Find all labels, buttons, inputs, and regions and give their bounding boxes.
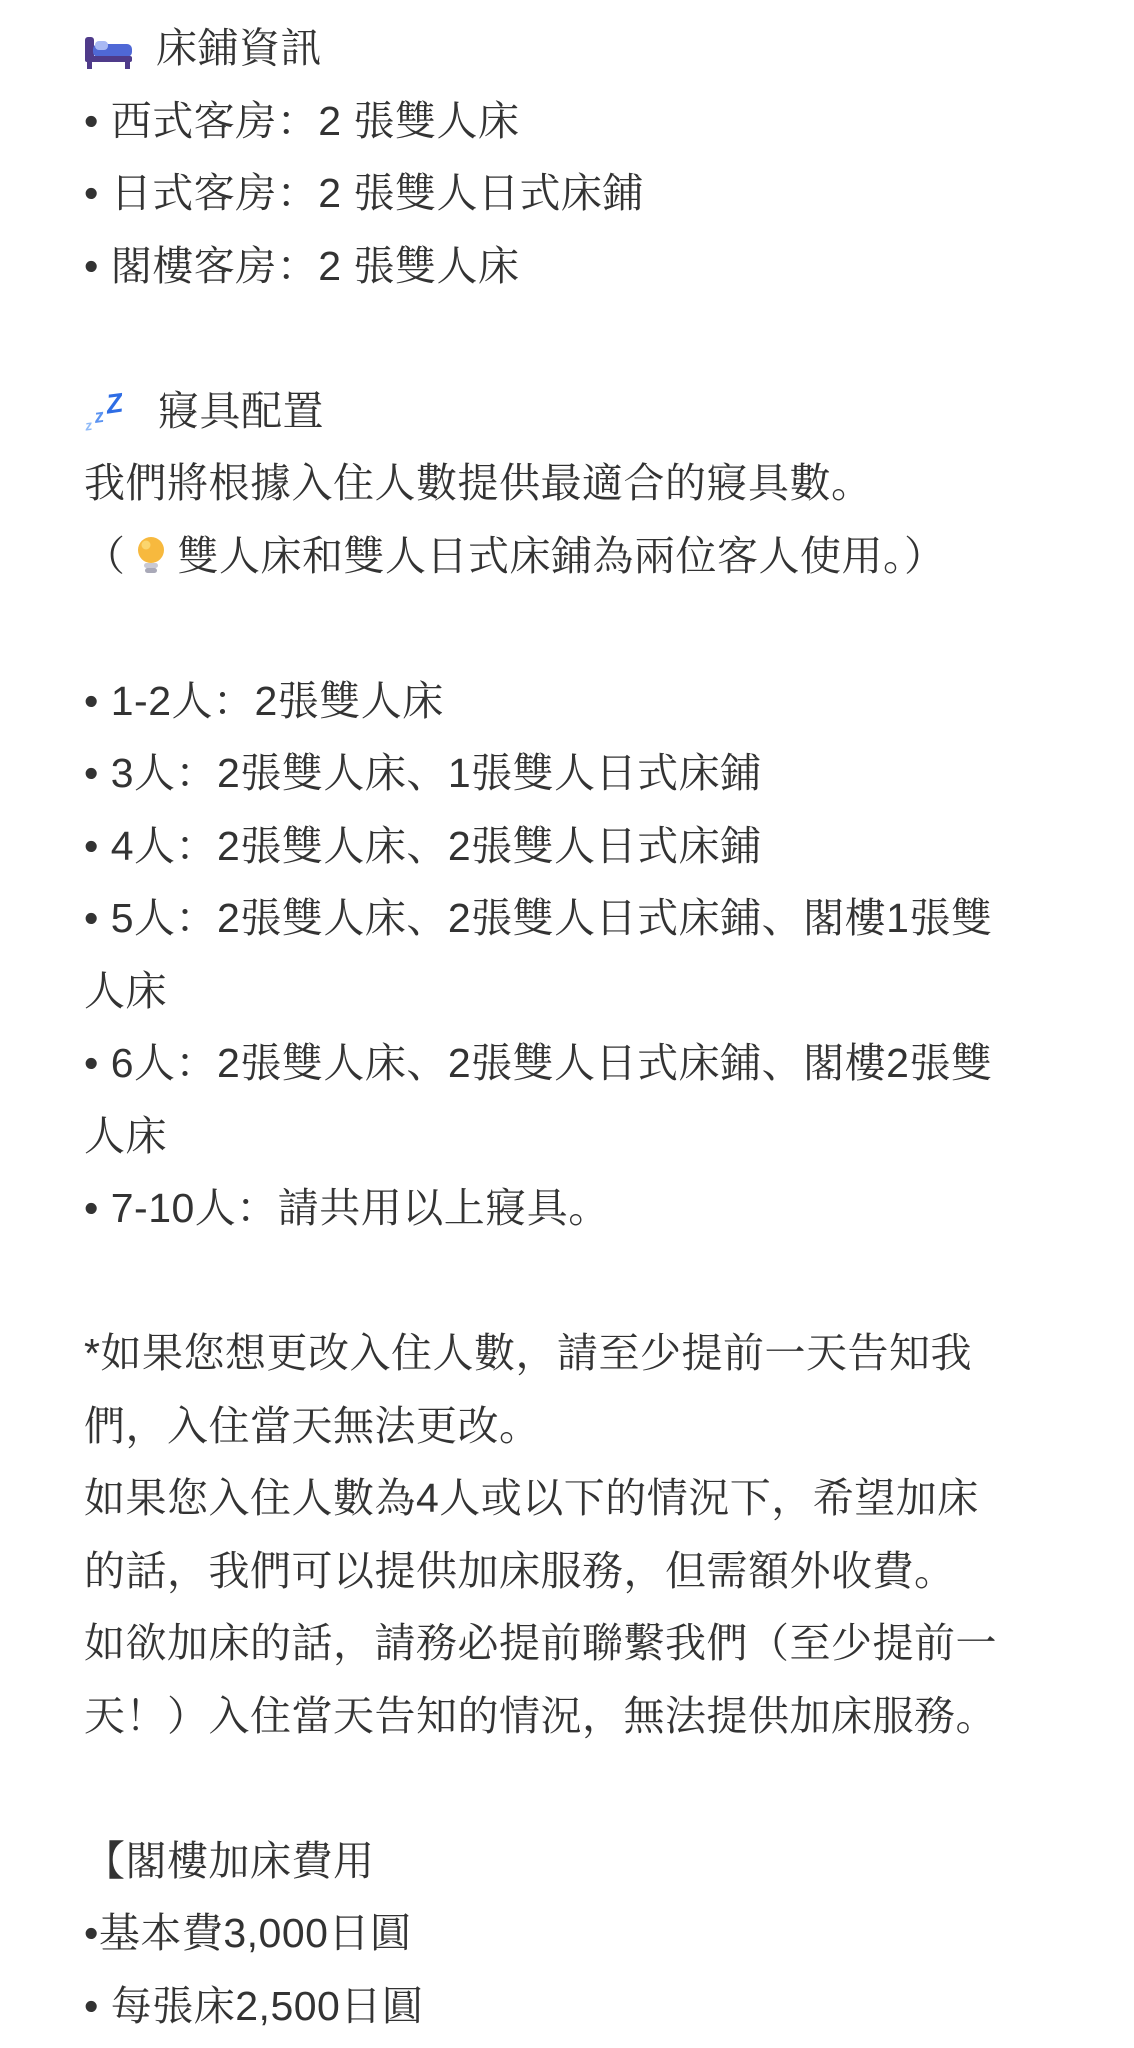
- line-text: 【閣樓加床費用: [84, 1838, 375, 1884]
- bullet-line: • 每張床2,500日圓: [84, 1970, 1094, 2043]
- section-heading: Zzz寢具配置: [84, 375, 1094, 448]
- blank-line: [84, 1245, 1094, 1318]
- document-lines: 床鋪資訊• 西式客房：2 張雙人床• 日式客房：2 張雙人日式床鋪• 閣樓客房：…: [84, 12, 1094, 2042]
- line-text: 們，入住當天無法更改。: [84, 1403, 541, 1449]
- bed-icon: [84, 33, 134, 69]
- svg-text:z: z: [84, 416, 94, 431]
- line-text: • 6人：2張雙人床、2張雙人日式床鋪、閣樓2張雙: [84, 1040, 992, 1086]
- line-text: •基本費3,000日圓: [84, 1910, 411, 1956]
- text-line: （雙人床和雙人日式床鋪為兩位客人使用。）: [84, 520, 1094, 593]
- line-text: *如果您想更改入住人數，請至少提前一天告知我: [84, 1330, 972, 1376]
- bullet-line: • 3人：2張雙人床、1張雙人日式床鋪: [84, 737, 1094, 810]
- line-text: • 3人：2張雙人床、1張雙人日式床鋪: [84, 750, 762, 796]
- heading-text: 寢具配置: [158, 388, 324, 434]
- text-line: 人床: [84, 1100, 1094, 1173]
- text-line: 如欲加床的話，請務必提前聯繫我們（至少提前一: [84, 1607, 1094, 1680]
- text-line: 們，入住當天無法更改。: [84, 1390, 1094, 1463]
- line-text: • 日式客房：2 張雙人日式床鋪: [84, 170, 644, 216]
- line-text: 我們將根據入住人數提供最適合的寢具數。: [84, 460, 873, 506]
- text-line: 我們將根據入住人數提供最適合的寢具數。: [84, 447, 1094, 520]
- text-line: *如果您想更改入住人數，請至少提前一天告知我: [84, 1317, 1094, 1390]
- bullet-line: • 6人：2張雙人床、2張雙人日式床鋪、閣樓2張雙: [84, 1027, 1094, 1100]
- line-text: 雙人床和雙人日式床鋪為兩位客人使用。）: [178, 533, 946, 579]
- text-line: 天！）入住當天告知的情況，無法提供加床服務。: [84, 1680, 1094, 1753]
- line-text-prefix: （: [84, 533, 126, 579]
- line-text: • 5人：2張雙人床、2張雙人日式床鋪、閣樓1張雙: [84, 895, 992, 941]
- section-heading: 床鋪資訊: [84, 12, 1094, 85]
- heading-text: 床鋪資訊: [156, 25, 322, 71]
- bullet-line: •基本費3,000日圓: [84, 1897, 1094, 1970]
- line-text: 天！）入住當天告知的情況，無法提供加床服務。: [84, 1693, 997, 1739]
- bullet-line: • 閣樓客房：2 張雙人床: [84, 230, 1094, 303]
- blank-line: [84, 302, 1094, 375]
- line-text: 如果您入住人數為4人或以下的情況下，希望加床: [84, 1475, 979, 1521]
- line-text: • 4人：2張雙人床、2張雙人日式床鋪: [84, 823, 762, 869]
- light-bulb-icon: [136, 536, 166, 578]
- bedding-info-document: 床鋪資訊• 西式客房：2 張雙人床• 日式客房：2 張雙人日式床鋪• 閣樓客房：…: [0, 0, 1134, 2048]
- text-line: 如果您入住人數為4人或以下的情況下，希望加床: [84, 1462, 1094, 1535]
- svg-text:Z: Z: [103, 388, 126, 420]
- text-line: 的話，我們可以提供加床服務，但需額外收費。: [84, 1535, 1094, 1608]
- line-text: • 7-10人：請共用以上寢具。: [84, 1185, 610, 1231]
- text-line: 人床: [84, 955, 1094, 1028]
- bullet-line: • 日式客房：2 張雙人日式床鋪: [84, 157, 1094, 230]
- zzz-icon: Zzz: [84, 388, 136, 432]
- bullet-line: • 7-10人：請共用以上寢具。: [84, 1172, 1094, 1245]
- bullet-line: • 4人：2張雙人床、2張雙人日式床鋪: [84, 810, 1094, 883]
- bullet-line: • 西式客房：2 張雙人床: [84, 85, 1094, 158]
- svg-text:z: z: [92, 405, 106, 427]
- line-text: • 閣樓客房：2 張雙人床: [84, 243, 519, 289]
- blank-line: [84, 592, 1094, 665]
- line-text: • 每張床2,500日圓: [84, 1983, 423, 2029]
- line-text: 如欲加床的話，請務必提前聯繫我們（至少提前一: [84, 1620, 997, 1666]
- line-text: • 西式客房：2 張雙人床: [84, 98, 519, 144]
- line-text: 的話，我們可以提供加床服務，但需額外收費。: [84, 1548, 956, 1594]
- line-text: 人床: [84, 1113, 167, 1159]
- text-line: 【閣樓加床費用: [84, 1825, 1094, 1898]
- line-text: 人床: [84, 968, 167, 1014]
- line-text: • 1-2人：2張雙人床: [84, 678, 444, 724]
- bullet-line: • 1-2人：2張雙人床: [84, 665, 1094, 738]
- bullet-line: • 5人：2張雙人床、2張雙人日式床鋪、閣樓1張雙: [84, 882, 1094, 955]
- blank-line: [84, 1752, 1094, 1825]
